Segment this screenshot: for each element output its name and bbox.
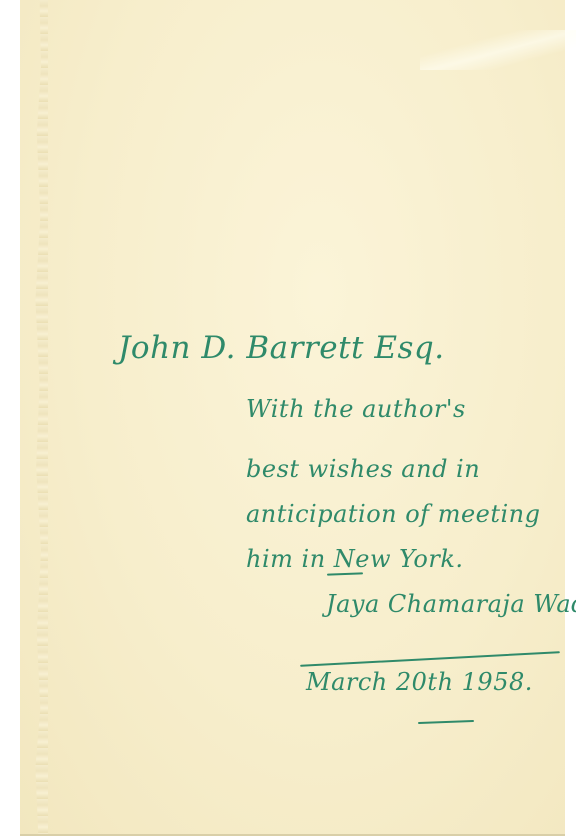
deckled-left-edge <box>34 0 48 834</box>
inscription-date: March 20th 1958. <box>306 668 533 696</box>
paper-crease <box>420 30 576 70</box>
author-signature: Jaya Chamaraja Wadiyar <box>326 590 576 618</box>
message-line-1: With the author's <box>246 395 466 423</box>
addressee-line: John D. Barrett Esq. <box>118 330 445 366</box>
message-line-2: best wishes and in <box>246 455 480 483</box>
message-line-3: anticipation of meeting <box>246 500 541 528</box>
message-line-4: him in New York. <box>246 545 464 573</box>
